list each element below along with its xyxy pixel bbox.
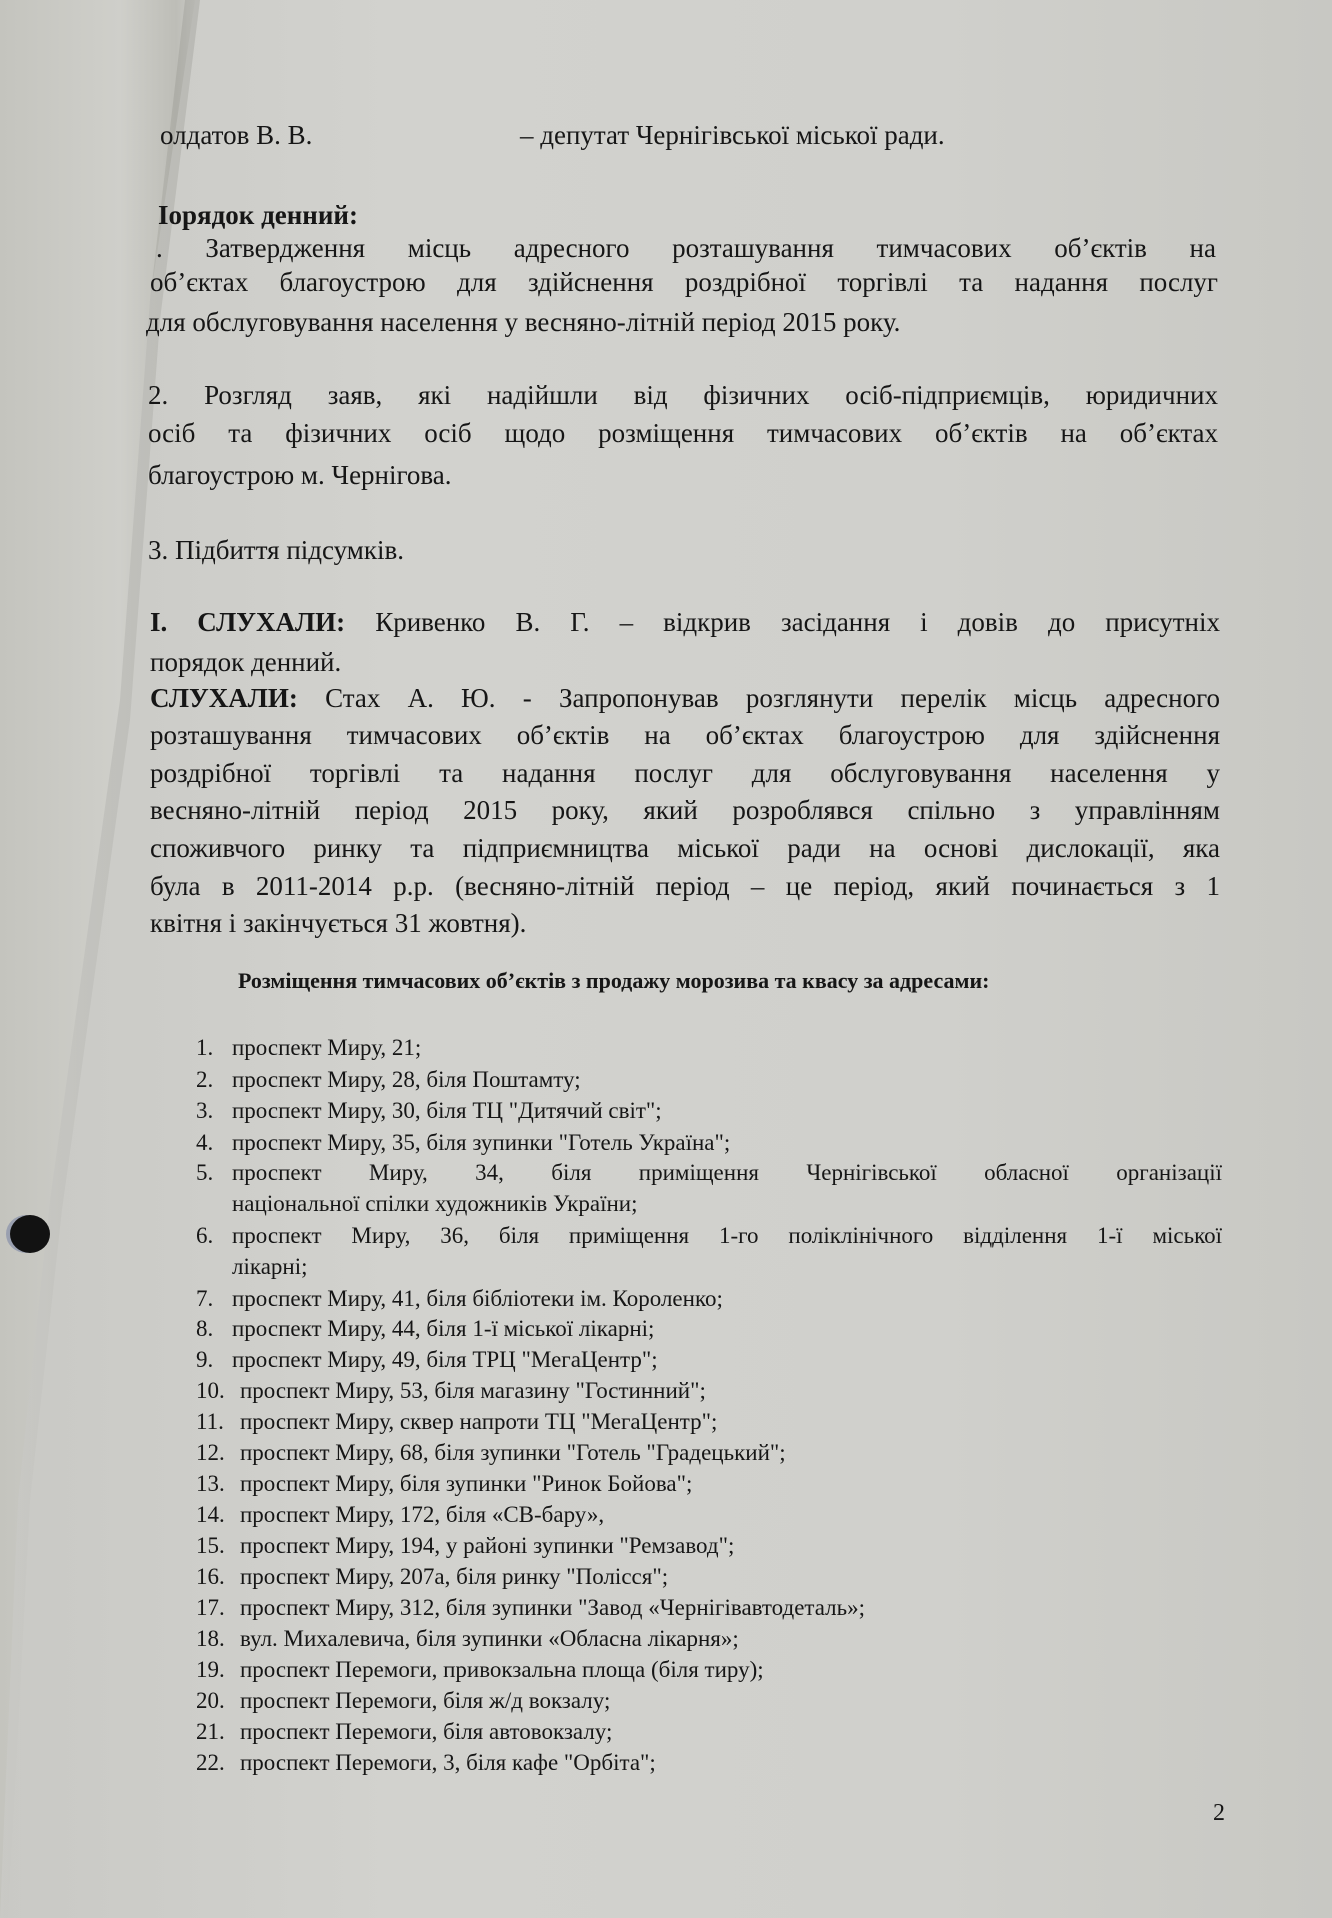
- heard-2-line-5: споживчого ринку та підприємництва міськ…: [150, 833, 1220, 864]
- list-item-text: проспект Миру, 44, біля 1-ї міської ліка…: [232, 1316, 654, 1341]
- attendee-name: олдатов В. В.: [160, 120, 312, 151]
- list-item-continuation: національної спілки художників України;: [232, 1191, 638, 1217]
- heard-2-line-7: квітня і закінчується 31 жовтня).: [150, 908, 526, 939]
- agenda-item-1-line-2: об’єктах благоустрою для здійснення розд…: [150, 267, 1218, 298]
- list-item-text: проспект Миру, 36, біля приміщення 1-го …: [232, 1223, 1222, 1249]
- list-item: 17.проспект Миру, 312, біля зупинки "Зав…: [196, 1595, 865, 1621]
- list-item: 6.проспект Миру, 36, біля приміщення 1-г…: [196, 1223, 1222, 1249]
- list-item-text: проспект Миру, 194, у районі зупинки "Ре…: [240, 1533, 734, 1558]
- agenda-title: Іорядок денний:: [158, 200, 358, 231]
- heard-2-line-3: роздрібної торгівлі та надання послуг дл…: [150, 758, 1220, 789]
- list-item: 19.проспект Перемоги, привокзальна площа…: [196, 1657, 764, 1683]
- list-item: 11.проспект Миру, сквер напроти ТЦ "Мега…: [196, 1409, 717, 1435]
- list-item: 5.проспект Миру, 34, біля приміщення Чер…: [196, 1160, 1222, 1186]
- list-item-text: проспект Перемоги, привокзальна площа (б…: [240, 1657, 764, 1682]
- list-item-text: вул. Михалевича, біля зупинки «Обласна л…: [240, 1626, 739, 1651]
- list-item: 3.проспект Миру, 30, біля ТЦ "Дитячий св…: [196, 1098, 662, 1124]
- list-item: 20.проспект Перемоги, біля ж/д вокзалу;: [196, 1688, 610, 1714]
- page-number: 2: [1213, 1800, 1225, 1827]
- agenda-item-1-line-1: . Затвердження місць адресного розташува…: [156, 233, 1216, 264]
- list-item-text: проспект Перемоги, біля автовокзалу;: [240, 1719, 612, 1744]
- list-item-text: проспект Миру, біля зупинки "Ринок Бойов…: [240, 1471, 692, 1496]
- list-item: 13.проспект Миру, біля зупинки "Ринок Бо…: [196, 1471, 692, 1497]
- heard-1-line-2: порядок денний.: [150, 647, 341, 678]
- list-item: 1.проспект Миру, 21;: [196, 1035, 421, 1061]
- list-item-text: проспект Миру, 53, біля магазину "Гостин…: [240, 1378, 706, 1403]
- list-item-number: 14.: [196, 1502, 240, 1528]
- heard-1-line-1: І. СЛУХАЛИ: Кривенко В. Г. – відкрив зас…: [150, 607, 1220, 638]
- list-item: 18.вул. Михалевича, біля зупинки «Обласн…: [196, 1626, 739, 1652]
- list-item: 8.проспект Миру, 44, біля 1-ї міської лі…: [196, 1316, 654, 1342]
- list-item-text: проспект Перемоги, 3, біля кафе "Орбіта"…: [240, 1750, 656, 1775]
- list-item-text: проспект Миру, 28, біля Поштамту;: [232, 1067, 581, 1092]
- list-item: 7.проспект Миру, 41, біля бібліотеки ім.…: [196, 1286, 723, 1312]
- list-item-number: 16.: [196, 1564, 240, 1590]
- heard-2-line-6: була в 2011-2014 р.р. (весняно-літній пе…: [150, 871, 1220, 902]
- agenda-item-2-line-2: осіб та фізичних осіб щодо розміщення ти…: [148, 418, 1218, 449]
- list-item: 9.проспект Миру, 49, біля ТРЦ "МегаЦентр…: [196, 1347, 658, 1373]
- list-item-number: 20.: [196, 1688, 240, 1714]
- list-item: 14.проспект Миру, 172, біля «СВ-бару»,: [196, 1502, 604, 1528]
- heard-1-text: Кривенко В. Г. – відкрив засідання і дов…: [345, 607, 1220, 637]
- list-item-text: проспект Миру, 21;: [232, 1035, 421, 1060]
- list-item-number: 4.: [196, 1130, 232, 1156]
- heard-2-line-1: СЛУХАЛИ: Стах А. Ю. - Запропонував розгл…: [150, 683, 1220, 714]
- list-item-number: 22.: [196, 1750, 240, 1776]
- list-item: 22.проспект Перемоги, 3, біля кафе "Орбі…: [196, 1750, 656, 1776]
- list-item-text: проспект Миру, 35, біля зупинки "Готель …: [232, 1130, 730, 1155]
- list-item-number: 2.: [196, 1067, 232, 1093]
- list-item-continuation: лікарні;: [232, 1254, 308, 1280]
- list-item-number: 15.: [196, 1533, 240, 1559]
- list-item: 15.проспект Миру, 194, у районі зупинки …: [196, 1533, 734, 1559]
- list-item: 21.проспект Перемоги, біля автовокзалу;: [196, 1719, 612, 1745]
- list-item-number: 8.: [196, 1316, 232, 1342]
- list-item-number: 3.: [196, 1098, 232, 1124]
- list-item: 4.проспект Миру, 35, біля зупинки "Готел…: [196, 1130, 730, 1156]
- list-item-text: проспект Миру, 49, біля ТРЦ "МегаЦентр";: [232, 1347, 658, 1372]
- list-item: 16.проспект Миру, 207а, біля ринку "Полі…: [196, 1564, 668, 1590]
- agenda-item-3: 3. Підбиття підсумків.: [148, 535, 404, 566]
- list-item-number: 6.: [196, 1223, 232, 1249]
- heard-2-line-2: розташування тимчасових об’єктів на об’є…: [150, 720, 1220, 751]
- list-item-number: 7.: [196, 1286, 232, 1312]
- list-item-number: 1.: [196, 1035, 232, 1061]
- placement-heading: Розміщення тимчасових об’єктів з продажу…: [238, 968, 989, 994]
- list-item: 10.проспект Миру, 53, біля магазину "Гос…: [196, 1378, 706, 1404]
- list-item-number: 19.: [196, 1657, 240, 1683]
- list-item-number: 10.: [196, 1378, 240, 1404]
- agenda-item-2-line-1: 2. Розгляд заяв, які надійшли від фізичн…: [148, 380, 1218, 411]
- agenda-item-2-line-3: благоустрою м. Чернігова.: [148, 460, 452, 491]
- list-item: 12.проспект Миру, 68, біля зупинки "Готе…: [196, 1440, 786, 1466]
- agenda-item-1-line-3: для обслуговування населення у весняно-л…: [146, 307, 900, 338]
- list-item-text: проспект Миру, 172, біля «СВ-бару»,: [240, 1502, 604, 1527]
- list-item-number: 9.: [196, 1347, 232, 1373]
- list-item-number: 11.: [196, 1409, 240, 1435]
- list-item-text: проспект Миру, сквер напроти ТЦ "МегаЦен…: [240, 1409, 717, 1434]
- list-item-number: 18.: [196, 1626, 240, 1652]
- heard-1-label: І. СЛУХАЛИ:: [150, 607, 345, 637]
- list-item-text: проспект Миру, 30, біля ТЦ "Дитячий світ…: [232, 1098, 662, 1123]
- list-item-number: 13.: [196, 1471, 240, 1497]
- heard-2-label: СЛУХАЛИ:: [150, 683, 298, 713]
- list-item-number: 12.: [196, 1440, 240, 1466]
- heard-2-line-4: весняно-літній період 2015 року, який ро…: [150, 795, 1220, 826]
- binder-hole: [10, 1215, 50, 1253]
- heard-2-text: Стах А. Ю. - Запропонував розглянути пер…: [298, 683, 1220, 713]
- list-item: 2.проспект Миру, 28, біля Поштамту;: [196, 1067, 581, 1093]
- list-item-text: проспект Перемоги, біля ж/д вокзалу;: [240, 1688, 610, 1713]
- list-item-text: проспект Миру, 207а, біля ринку "Полісся…: [240, 1564, 668, 1589]
- list-item-text: проспект Миру, 34, біля приміщення Черні…: [232, 1160, 1222, 1186]
- attendee-role: – депутат Чернігівської міської ради.: [520, 120, 945, 151]
- list-item-number: 17.: [196, 1595, 240, 1621]
- list-item-number: 21.: [196, 1719, 240, 1745]
- list-item-text: проспект Миру, 68, біля зупинки "Готель …: [240, 1440, 786, 1465]
- list-item-text: проспект Миру, 312, біля зупинки "Завод …: [240, 1595, 865, 1620]
- list-item-number: 5.: [196, 1160, 232, 1186]
- list-item-text: проспект Миру, 41, біля бібліотеки ім. К…: [232, 1286, 723, 1311]
